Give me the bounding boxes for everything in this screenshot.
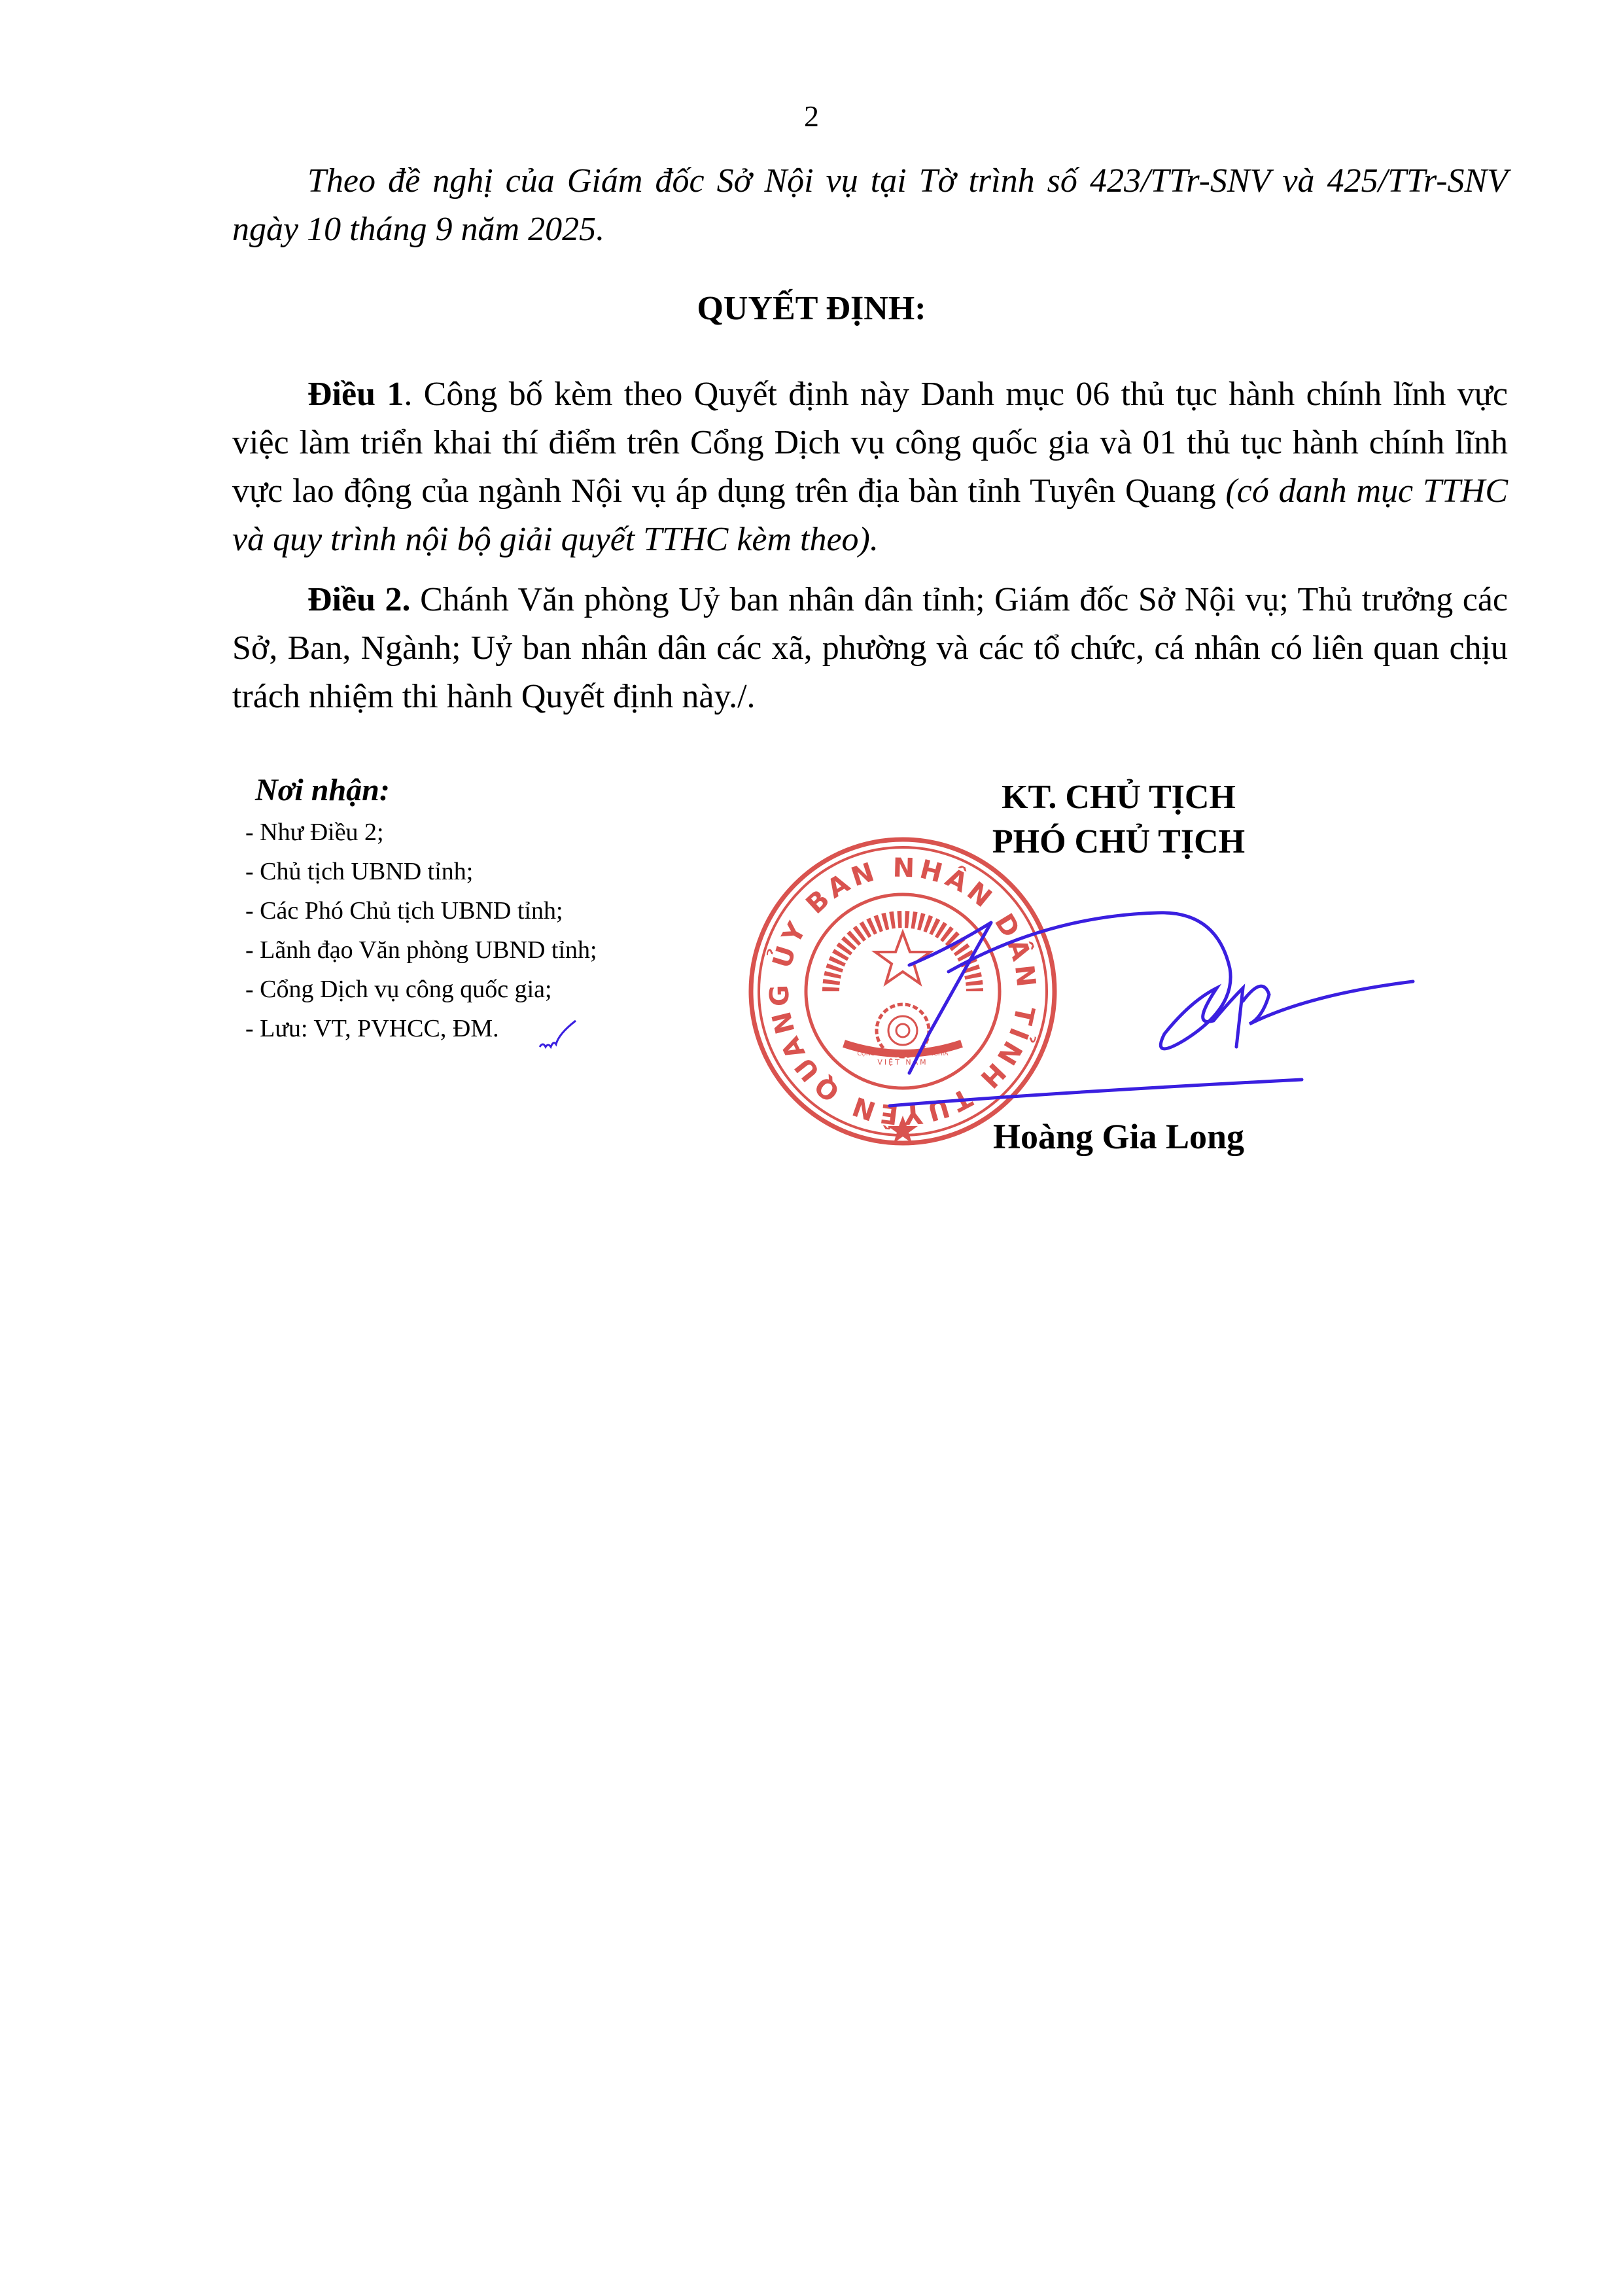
decision-title: QUYẾT ĐỊNH: [0, 289, 1623, 328]
page-number: 2 [0, 98, 1623, 135]
article-2-text: Chánh Văn phòng Uỷ ban nhân dân tỉnh; Gi… [232, 581, 1508, 715]
initial-mark-icon [536, 1014, 589, 1053]
preamble-paragraph: Theo đề nghị của Giám đốc Sở Nội vụ tại … [232, 157, 1508, 254]
article-1: Điều 1. Công bố kèm theo Quyết định này … [232, 370, 1508, 564]
signer-name: Hoàng Gia Long [903, 1116, 1335, 1157]
recipient-item: - Như Điều 2; [245, 813, 597, 852]
recipients-block: Nơi nhận: - Như Điều 2; - Chủ tịch UBND … [245, 772, 597, 1048]
recipient-item: - Cổng Dịch vụ công quốc gia; [245, 970, 597, 1009]
article-1-label: Điều 1 [307, 376, 404, 413]
article-2: Điều 2. Chánh Văn phòng Uỷ ban nhân dân … [232, 576, 1508, 721]
recipient-item: - Chủ tịch UBND tỉnh; [245, 852, 597, 891]
recipients-heading: Nơi nhận: [255, 772, 597, 809]
signature-title-line1: KT. CHỦ TỊCH [903, 775, 1335, 820]
handwritten-signature-icon [850, 903, 1439, 1112]
article-2-label: Điều 2. [307, 581, 411, 618]
recipient-item: - Lãnh đạo Văn phòng UBND tỉnh; [245, 930, 597, 970]
recipient-item: - Các Phó Chủ tịch UBND tỉnh; [245, 891, 597, 930]
